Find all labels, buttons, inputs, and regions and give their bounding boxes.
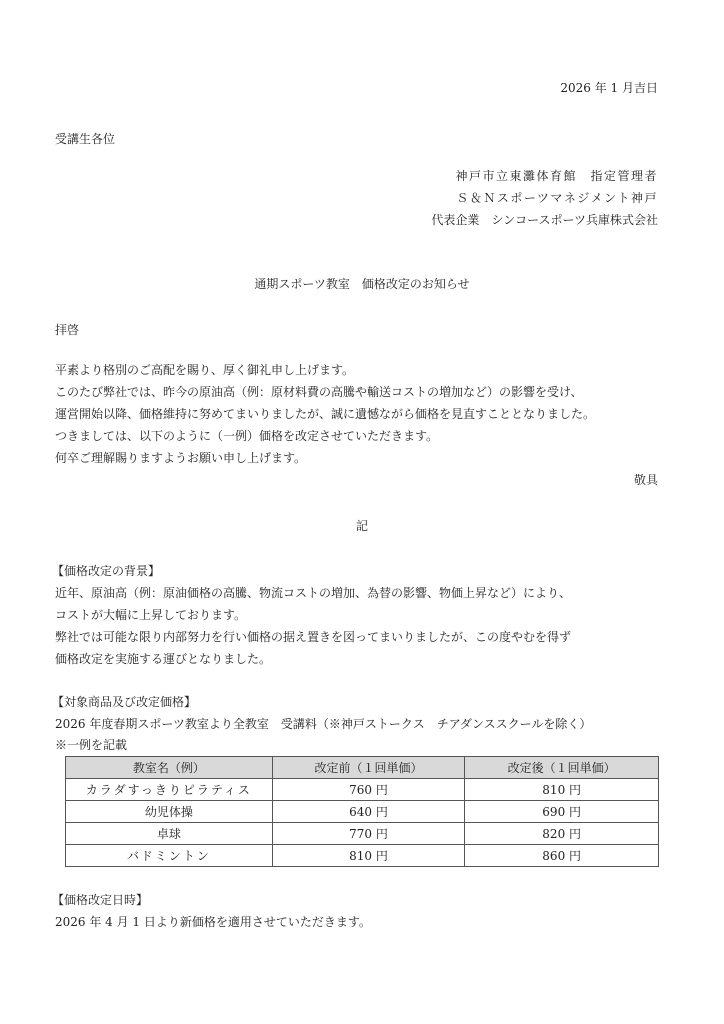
price-after: 860 円 <box>465 845 659 867</box>
header-price-before: 改定前（１回単価） <box>272 757 465 779</box>
closing: 敬具 <box>634 472 658 488</box>
effective-date-line: 2026 年 4 月 1 日より新価格を適用させていただきます。 <box>55 914 371 930</box>
sender-line-1: 神戸市立東灘体育館 指定管理者 <box>455 168 658 184</box>
salutation: 拝啓 <box>55 322 79 338</box>
body-line: このたび弊社では、昨今の原油高（例：原材料費の高騰や輸送コストの増加など）の影響… <box>55 384 583 400</box>
notice-title: 通期スポーツ教室 価格改定のお知らせ <box>0 276 724 292</box>
price-before: 770 円 <box>272 823 465 845</box>
section-line: 弊社では可能な限り内部努力を行い価格の据え置きを図ってまいりましたが、この度やむ… <box>55 629 571 645</box>
section-line: 価格改定を実施する運びとなりました。 <box>55 651 271 667</box>
class-name: 卓球 <box>66 823 273 845</box>
recipient: 受講生各位 <box>55 131 115 147</box>
class-name: 幼児体操 <box>66 801 273 823</box>
table-row: 幼児体操 640 円 690 円 <box>66 801 659 823</box>
section-line: コストが大幅に上昇しております。 <box>55 607 246 623</box>
body-line: 何卒ご理解賜りますようお願い申し上げます。 <box>55 450 306 466</box>
section-line: 近年、原油高（例：原油価格の高騰、物流コストの増加、為替の影響、物価上昇など）に… <box>55 585 571 601</box>
section-heading: 【価格改定日時】 <box>52 892 148 908</box>
table-row: 卓球 770 円 820 円 <box>66 823 659 845</box>
section-heading: 【価格改定の背景】 <box>52 563 160 579</box>
class-name: カラダすっきりピラティス <box>66 779 273 801</box>
table-row: カラダすっきりピラティス 760 円 810 円 <box>66 779 659 801</box>
target-line: 2026 年度春期スポーツ教室より全教室 受講料（※神戸ストークス チアダンスス… <box>55 716 591 732</box>
price-before: 640 円 <box>272 801 465 823</box>
price-before: 760 円 <box>272 779 465 801</box>
issue-date: 2026 年 1 月吉日 <box>560 80 658 96</box>
price-after: 820 円 <box>465 823 659 845</box>
price-after: 690 円 <box>465 801 659 823</box>
sender-line-2: Ｓ＆Ｎスポーツマネジメント神戸 <box>456 190 658 206</box>
header-price-after: 改定後（１回単価） <box>465 757 659 779</box>
example-note: ※一例を記載 <box>55 737 127 753</box>
price-table: 教室名（例） 改定前（１回単価） 改定後（１回単価） カラダすっきりピラティス … <box>65 756 659 867</box>
table-header-row: 教室名（例） 改定前（１回単価） 改定後（１回単価） <box>66 757 659 779</box>
table-row: バドミントン 810 円 860 円 <box>66 845 659 867</box>
body-line: 平素より格別のご高配を賜り、厚く御礼申し上げます。 <box>55 362 354 378</box>
body-line: つきましては、以下のように（一例）価格を改定させていただきます。 <box>55 428 438 444</box>
header-class-name: 教室名（例） <box>66 757 273 779</box>
price-after: 810 円 <box>465 779 659 801</box>
body-line: 運営開始以降、価格維持に努めてまいりましたが、誠に遺憾ながら価格を見直すこととな… <box>55 406 595 422</box>
price-before: 810 円 <box>272 845 465 867</box>
class-name: バドミントン <box>66 845 273 867</box>
ki-marker: 記 <box>0 518 724 534</box>
sender-line-3: 代表企業 シンコースポーツ兵庫株式会社 <box>431 212 658 228</box>
section-heading: 【対象商品及び改定価格】 <box>52 694 196 710</box>
